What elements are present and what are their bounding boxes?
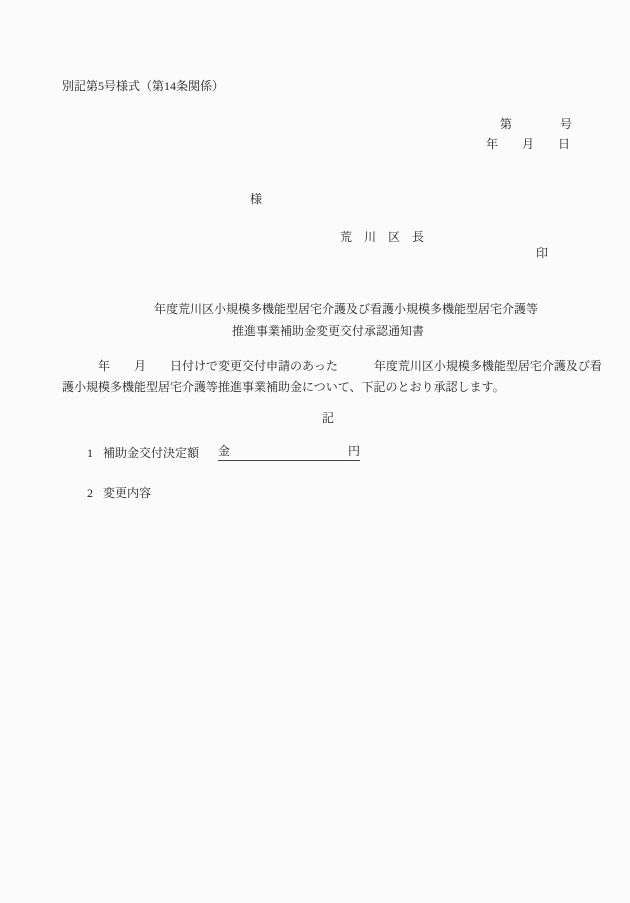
item-1-label: 補助金交付決定額	[103, 446, 199, 460]
addressee-honorific: 様	[250, 192, 262, 206]
item-1-number: 1	[87, 446, 93, 460]
doc-title-line1: 年度荒川区小規模多機能型居宅介護及び看護小規模多機能型居宅介護等	[62, 302, 594, 316]
body-paragraph-line1: 年 月 日付けで変更交付申請のあった 年度荒川区小規模多機能型居宅介護及び看	[62, 359, 602, 373]
doc-title-line2: 推進事業補助金変更交付承認通知書	[62, 324, 594, 338]
amount-field: 金 円	[218, 444, 360, 461]
document-page: 別記第5号様式（第14条関係） 第 号 年 月 日 様 荒 川 区 長 印 年度…	[0, 0, 630, 903]
seal-mark: 印	[536, 246, 548, 260]
date-line: 年 月 日	[486, 137, 570, 151]
record-marker: 記	[62, 411, 594, 425]
doc-number-line: 第 号	[500, 117, 572, 131]
body-paragraph-line2: 護小規模多機能型居宅介護等推進事業補助金について、下記のとおり承認します。	[62, 380, 505, 394]
item-2-label: 変更内容	[103, 486, 151, 500]
sender-title: 荒 川 区 長	[340, 230, 424, 244]
amount-prefix: 金	[218, 444, 230, 458]
amount-suffix: 円	[348, 444, 360, 458]
item-2-number: 2	[87, 486, 93, 500]
form-style-label: 別記第5号様式（第14条関係）	[62, 79, 224, 93]
